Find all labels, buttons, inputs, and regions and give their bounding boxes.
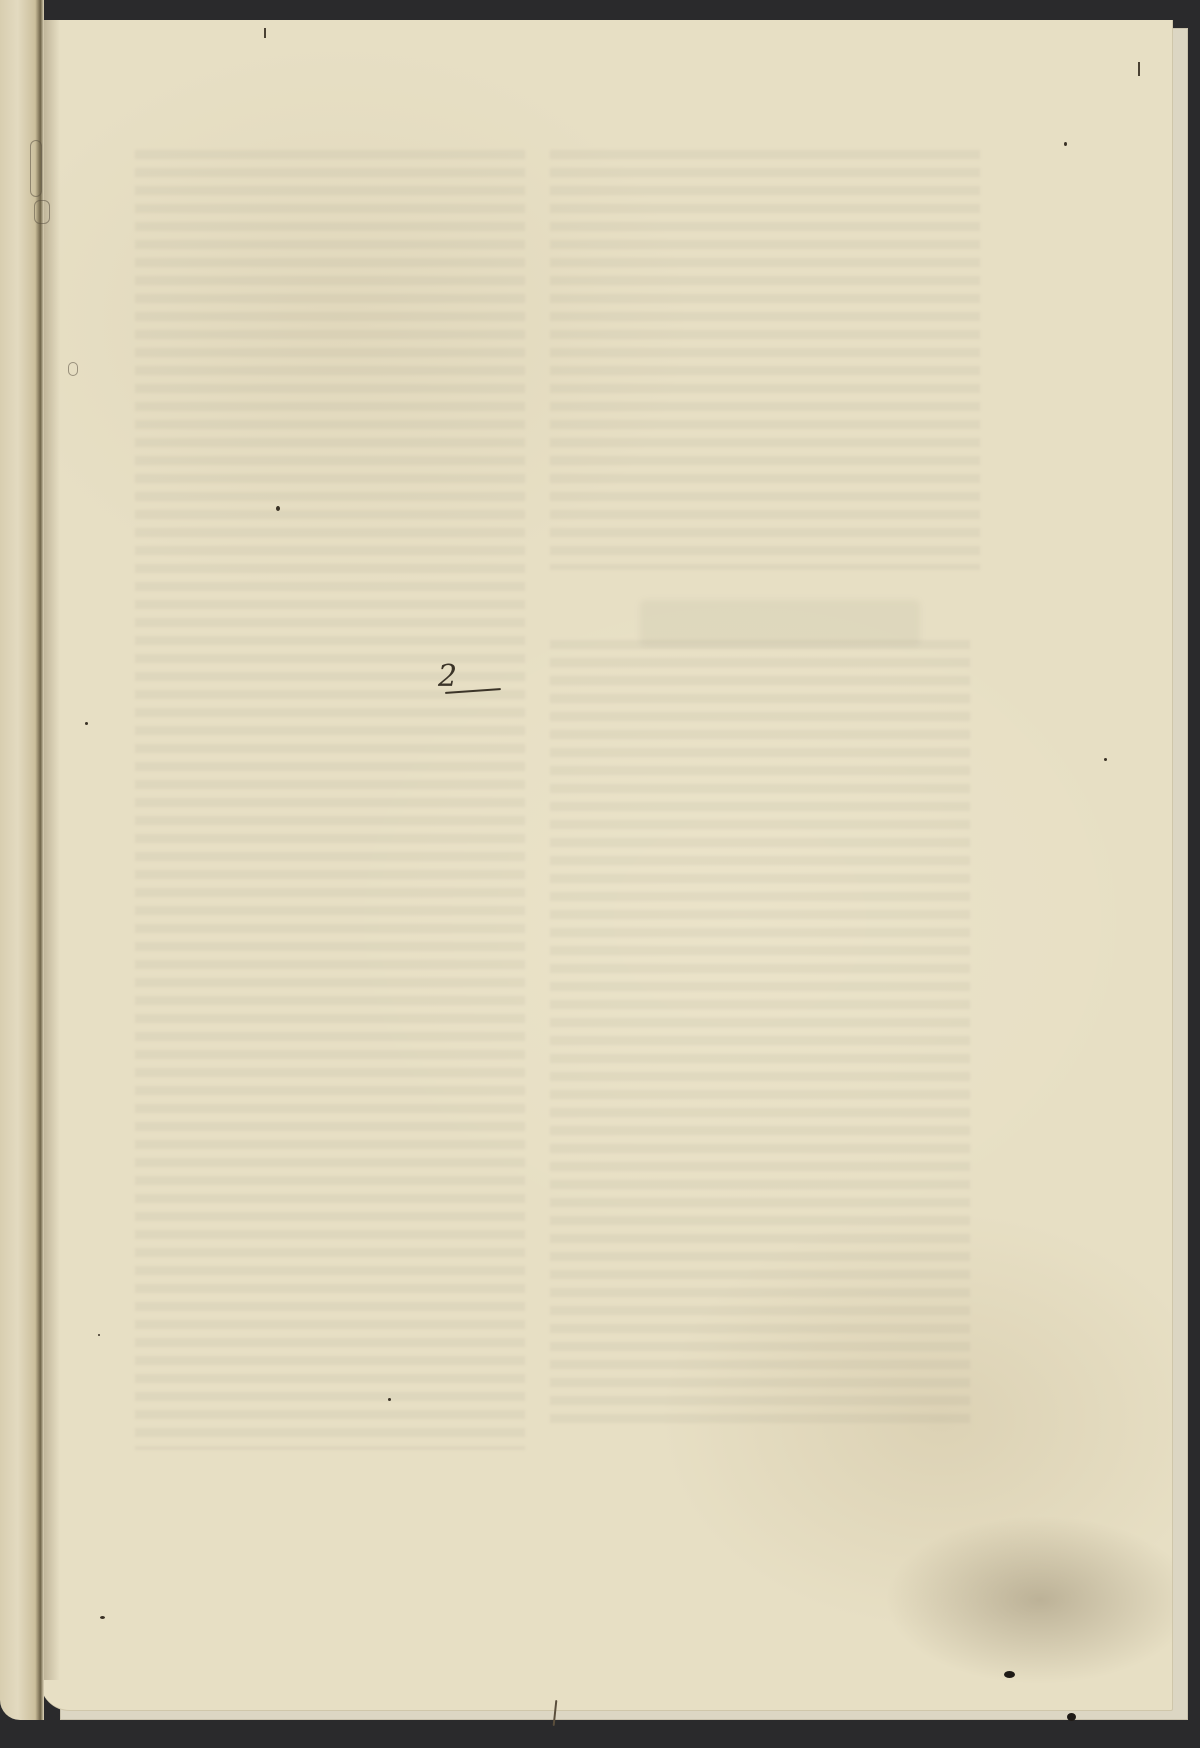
bleed-through-right-column-bottom	[550, 640, 970, 1430]
ink-speck	[276, 506, 280, 511]
wormhole	[1067, 1713, 1076, 1721]
handwritten-folio-number: 2	[438, 662, 457, 692]
ink-speck	[1104, 758, 1107, 761]
ink-speck	[98, 1334, 100, 1336]
binding-gutter	[0, 0, 44, 1720]
gutter-pencil-mark	[30, 140, 42, 197]
wormhole	[1004, 1671, 1015, 1678]
ink-speck	[100, 1616, 105, 1619]
gutter-pencil-mark	[34, 200, 50, 224]
document-scan: 2	[0, 0, 1200, 1748]
ink-speck	[85, 722, 88, 725]
ink-speck	[388, 1398, 391, 1401]
manuscript-leaf	[40, 20, 1173, 1711]
bleed-through-right-column-top	[550, 150, 980, 570]
bleed-through-left-column	[135, 150, 525, 1450]
margin-pencil-mark	[68, 362, 78, 376]
top-right-ink-tick	[1138, 62, 1140, 76]
gutter-shadow	[44, 20, 60, 1680]
top-ink-tick	[264, 28, 266, 38]
ink-speck	[1064, 142, 1067, 146]
